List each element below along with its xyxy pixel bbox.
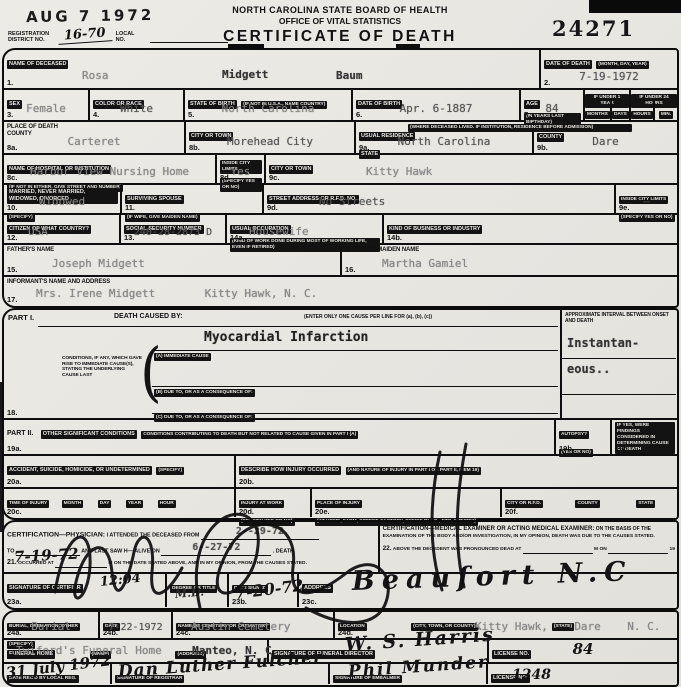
section-personal: NAME OF DECEASED 1. Rosa Midgett Baum DA…	[2, 48, 679, 308]
month-label: MONTH	[62, 500, 84, 508]
field-name-of-deceased: NAME OF DECEASED 1. Rosa Midgett Baum	[4, 50, 541, 88]
field-age: AGE (IN YEARS LAST BIRTHDAY) 7. 84	[521, 90, 585, 120]
field-place-of-injury: PLACE OF INJURY (AT HOME, FARM, STREET, …	[312, 489, 502, 517]
part1-note: (ENTER ONLY ONE CAUSE PER LINE FOR (a), …	[304, 314, 432, 320]
field-other-significant-conditions: PART II. OTHER SIGNIFICANT CONDITIONS CO…	[4, 420, 556, 454]
field-residence-city: CITY OR TOWN 9c. Kitty Hawk	[266, 155, 677, 183]
field-embalmer-license: LICENSE NO. 1248	[488, 664, 677, 684]
ssn-value: 240-28-2873 D	[134, 227, 212, 238]
field-number: 20c.	[7, 507, 22, 516]
field-cemetery: NAME OF CEMETERY OR CREMATORY 24c. Austi…	[173, 612, 335, 638]
degree-handwriting: M.D.	[174, 585, 204, 600]
name-middle: Midgett	[222, 68, 268, 81]
field-sex: SEX 3. Female	[4, 90, 90, 120]
interval-value-line2: eous..	[567, 362, 610, 376]
certificate-number: 24271	[552, 16, 635, 41]
received-date-stamp: AUG 7 1972	[26, 6, 155, 26]
cert-physician-line2: AND LAST SAW H— ALIVE ON	[81, 548, 160, 554]
field-injury-at-work: INJURY AT WORK (SPECIFY YES OR NO) 20d.	[236, 489, 312, 517]
row-injury: TIME OF INJURY MONTH DAY YEAR HOUR 20c. …	[4, 489, 677, 517]
field-informant: INFORMANT'S NAME AND ADDRESS 17. Mrs. Ir…	[4, 277, 677, 305]
field-time-of-injury: TIME OF INJURY MONTH DAY YEAR HOUR 20c.	[4, 489, 236, 517]
marital-status-value: Widowed	[39, 195, 85, 208]
cert-physician-line3b: M ON THE DATE STATED ABOVE, AND IN MY OP…	[108, 561, 307, 566]
accident-label: ACCIDENT, SUICIDE, HOMICIDE, OR UNDETERM…	[7, 466, 152, 475]
informant-name-value: Mrs. Irene Midgett	[36, 287, 155, 300]
cert-me-line1: ON THE BASIS OF THE	[596, 526, 651, 532]
field-number: 20a.	[7, 477, 22, 486]
field-number: 19b.	[559, 444, 574, 453]
cert-physician-title: CERTIFICATION—PHYSICIAN:	[7, 531, 105, 538]
registration-district-value: 16-70	[58, 25, 113, 45]
field-number-22: 22.	[383, 545, 392, 552]
cert-me-line3c: 19	[670, 547, 675, 552]
describe-injury-sublabel: (AND NATURE OF INJURY IN PART I OR PART …	[346, 467, 481, 475]
field-surviving-spouse: SURVIVING SPOUSE (IF WIFE, GIVE MAIDEN N…	[122, 185, 264, 213]
inside-city-limits-value: Yes	[231, 165, 251, 178]
row-vitals: SEX 3. Female COLOR OR RACE 4. White STA…	[4, 90, 677, 122]
field-autopsy-findings: IF YES, WERE FINDINGS CONSIDERED IN DETE…	[612, 420, 677, 454]
conditions-brace: (	[140, 335, 162, 410]
row-place-1: PLACE OF DEATH COUNTY 8a. Carteret CITY …	[4, 122, 677, 155]
field-marital-status: MARRIED, NEVER MARRIED, WIDOWED, DIVORCE…	[4, 185, 122, 213]
interval-rule-b	[562, 394, 676, 395]
row-name: NAME OF DECEASED 1. Rosa Midgett Baum DA…	[4, 50, 677, 90]
accident-sublabel: (SPECIFY)	[156, 467, 184, 475]
field-number: 19a.	[7, 444, 22, 453]
cert-me-title: CERTIFICATION—MEDICAL EXAMINER OR ACTING…	[383, 526, 595, 532]
field-describe-injury: DESCRIBE HOW INJURY OCCURRED (AND NATURE…	[236, 456, 677, 487]
months-label: MONTHS	[585, 111, 610, 119]
interval-label: APPROXIMATE INTERVAL BETWEEN ONSET AND D…	[565, 313, 673, 325]
cert-me-line3a: ABOVE THE DECEDENT WAS PRONOUNCED DEAD A…	[393, 547, 522, 552]
burial-value: Burial	[31, 620, 71, 633]
part2-label: PART II.	[7, 430, 33, 437]
location-county-value: Dare	[574, 620, 601, 633]
field-director-license: LICENSE NO. 84	[489, 640, 677, 662]
describe-injury-label: DESCRIBE HOW INJURY OCCURRED	[239, 466, 341, 475]
name-label: NAME OF DECEASED	[7, 60, 68, 69]
field-citizen: CITIZEN OF WHAT COUNTRY? 12. USA	[4, 215, 121, 243]
cemetery-value: Austin Cemetery	[191, 620, 290, 633]
autopsy-label: AUTOPSY?	[559, 431, 589, 439]
cause-a-rule	[152, 350, 558, 351]
field-inside-city-limits-residence: INSIDE CITY LIMITS (SPECIFY YES OR NO) 9…	[616, 185, 677, 213]
conditions-note: CONDITIONS, IF ANY, WHICH GAVE RISE TO I…	[62, 356, 142, 379]
field-inside-city-limits-death: INSIDE CITY LIMITS (SPECIFY YES OR NO) 8…	[217, 155, 266, 183]
field-place-of-death-county: PLACE OF DEATH COUNTY 8a. Carteret	[4, 122, 186, 153]
row-part1: PART I. DEATH CAUSED BY: (ENTER ONLY ONE…	[4, 310, 677, 420]
interval-value-line1: Instantan-	[567, 336, 639, 350]
location-state-value: N. C.	[627, 620, 660, 633]
row-accident: ACCIDENT, SUICIDE, HOMICIDE, OR UNDETERM…	[4, 456, 677, 489]
cause-b-label: (b) DUE TO, OR AS A CONSEQUENCE OF:	[154, 389, 255, 397]
immediate-cause-value: Myocardial Infarction	[204, 330, 368, 345]
field-industry: KIND OF BUSINESS OR INDUSTRY 14b.	[384, 215, 677, 243]
field-number: 14b.	[387, 233, 402, 242]
death-certificate-scan: AUG 7 1972 REGISTRATION DISTRICT NO. 16-…	[0, 0, 681, 687]
scan-edge-black-bar	[589, 0, 681, 13]
part1-title: DEATH CAUSED BY:	[114, 313, 183, 320]
interval-column-divider	[560, 308, 562, 418]
name-first: Rosa	[82, 69, 109, 82]
residence-state-value: North Carolina	[398, 135, 491, 148]
name-last: Baum	[336, 69, 363, 82]
attended-date-handwriting: 7-19-72	[14, 545, 79, 566]
field-state-of-birth: STATE OF BIRTH (IF NOT IN U.S.A., NAME C…	[185, 90, 353, 120]
citizen-value: USA	[28, 225, 48, 238]
city-value: Morehead City	[227, 135, 313, 148]
field-under-1-year: IF UNDER 1 YEAR MONTHS DAYS	[585, 90, 631, 120]
address-label: ADDRESS	[302, 584, 333, 593]
min-label: MIN.	[659, 111, 673, 119]
hospital-value: Harbor View Nursing Home	[30, 165, 189, 178]
field-date-of-death: DATE OF DEATH (MONTH, DAY, YEAR) 2. 7-19…	[541, 50, 677, 88]
board-name: NORTH CAROLINA STATE BOARD OF HEALTH	[215, 5, 465, 15]
office-name: OFFICE OF VITAL STATISTICS	[215, 16, 465, 26]
injury-county-label: COUNTY	[575, 500, 599, 508]
field-signature-of-certifier: SIGNATURE OF CERTIFIER 23a.	[4, 574, 167, 607]
days-label: DAYS	[612, 111, 629, 119]
cert-physician-death: . DEATH	[273, 548, 294, 554]
section-burial: BURIAL, CREMATION, OTHER (SPECIFY) 24a. …	[2, 610, 679, 687]
signature-of-certifier-label: SIGNATURE OF CERTIFIER	[7, 584, 83, 593]
field-number: 20d.	[239, 507, 254, 516]
field-number: 20f.	[505, 507, 518, 516]
part1-cell: PART I. DEATH CAUSED BY: (ENTER ONLY ONE…	[4, 310, 677, 418]
field-date-of-birth: DATE OF BIRTH 6. Apr. 6-1887	[353, 90, 521, 120]
field-number: 23a.	[7, 597, 22, 606]
field-hospital: NAME OF HOSPITAL OR INSTITUTION (IF NOT …	[4, 155, 217, 183]
field-number: 20b.	[239, 477, 254, 486]
field-injury-location: CITY OR R.F.D. COUNTY STATE 20f.	[502, 489, 677, 517]
cause-b-rule	[152, 386, 558, 387]
cert-me-line2: EXAMINATION OF THE BODY AND/OR INVESTIGA…	[383, 534, 675, 541]
field-father-name: FATHER'S NAME 15. Joseph Midgett	[4, 245, 342, 275]
other-conditions-label: OTHER SIGNIFICANT CONDITIONS	[41, 430, 137, 439]
cert-physician-line1: I ATTENDED THE DECEASED FROM	[107, 532, 200, 538]
hours-label: HOURS	[631, 111, 652, 119]
director-license-value: 84	[573, 640, 594, 658]
local-no-label: LOCAL NO.	[116, 31, 146, 43]
field-under-24-hours: IF UNDER 24 HOURS HOURS MIN.	[631, 90, 677, 120]
field-number: 23c.	[302, 597, 317, 606]
field-autopsy: AUTOPSY? (YES OR NO) 19b.	[556, 420, 612, 454]
day-label: DAY	[98, 500, 112, 508]
county-value: Carteret	[68, 135, 121, 148]
inside-city-limits-residence-value: —	[643, 195, 650, 208]
father-name-value: Joseph Midgett	[52, 257, 145, 270]
date-of-death-value: 7-19-1972	[579, 70, 639, 83]
field-burial-date: DATE 24b. 7-22-1972	[100, 612, 173, 638]
father-name-label: FATHER'S NAME	[7, 247, 338, 254]
field-number: 11.	[125, 203, 135, 212]
row-informant: INFORMANT'S NAME AND ADDRESS 17. Mrs. Ir…	[4, 277, 677, 305]
occupation-value: Housewife	[249, 225, 309, 238]
field-accident-type: ACCIDENT, SUICIDE, HOMICIDE, OR UNDETERM…	[4, 456, 236, 487]
attended-from-value: 2--29-72	[236, 526, 284, 537]
sex-value: Female	[26, 102, 66, 115]
part1-header-rule	[38, 326, 558, 327]
mother-name-label: MOTHER'S MAIDEN NAME	[345, 247, 675, 254]
row-marital: MARRIED, NEVER MARRIED, WIDOWED, DIVORCE…	[4, 185, 677, 215]
field-ssn: SOCIAL SECURITY NUMBER 13. 240-28-2873 D	[121, 215, 227, 243]
field-race: COLOR OR RACE 4. White	[90, 90, 185, 120]
date-of-birth-value: Apr. 6-1887	[400, 102, 473, 115]
field-number: 1.	[7, 78, 13, 87]
field-number: 20e.	[315, 507, 330, 516]
row-part2: PART II. OTHER SIGNIFICANT CONDITIONS CO…	[4, 420, 677, 456]
usual-residence-sublabel: (WHERE DECEASED LIVED. IF INSTITUTION, R…	[408, 124, 632, 132]
age-value: 84	[545, 102, 558, 115]
cert-me-line3b: M ON	[594, 547, 607, 552]
cause-a-label: (a) IMMEDIATE CAUSE	[154, 353, 211, 361]
residence-county-value: Dare	[592, 135, 619, 148]
section-medical: PART I. DEATH CAUSED BY: (ENTER ONLY ONE…	[2, 308, 679, 520]
field-number: 18.	[7, 408, 17, 417]
row-parents: FATHER'S NAME 15. Joseph Midgett MOTHER'…	[4, 245, 677, 277]
injury-state-label: STATE	[636, 500, 655, 508]
row-place-2: NAME OF HOSPITAL OR INSTITUTION (IF NOT …	[4, 155, 677, 185]
row-burial: BURIAL, CREMATION, OTHER (SPECIFY) 24a. …	[4, 612, 677, 640]
year-label: YEAR	[126, 500, 143, 508]
field-place-of-death-city: CITY OR TOWN 8b. Morehead City	[186, 122, 356, 153]
field-number: 19c.	[615, 444, 630, 453]
field-occupation: USUAL OCCUPATION (KIND OF WORK DONE DURI…	[227, 215, 384, 243]
form-header: NORTH CAROLINA STATE BOARD OF HEALTH OFF…	[215, 5, 465, 46]
race-value: White	[120, 102, 153, 115]
registration-line: REGISTRATION DISTRICT NO. 16-70 LOCAL NO…	[8, 27, 228, 43]
informant-address-value: Kitty Hawk, N. C.	[205, 287, 318, 300]
part1-label: PART I.	[8, 313, 34, 322]
registration-district-label: REGISTRATION DISTRICT NO.	[8, 31, 54, 43]
hour-label: HOUR	[158, 500, 176, 508]
field-residence-state: USUAL RESIDENCE (WHERE DECEASED LIVED. I…	[356, 122, 534, 153]
field-burial-type: BURIAL, CREMATION, OTHER (SPECIFY) 24a. …	[4, 612, 100, 638]
interval-rule-a	[562, 358, 676, 359]
place-of-death-group-label: PLACE OF DEATH	[7, 124, 182, 131]
residence-city-value: Kitty Hawk	[366, 165, 432, 178]
row-citizen: CITIZEN OF WHAT COUNTRY? 12. USA SOCIAL …	[4, 215, 677, 245]
field-street-address: STREET ADDRESS OR R.F.D. No. 9d. No Stre…	[264, 185, 616, 213]
state-of-birth-value: North Carolina	[222, 102, 315, 115]
burial-date-value: 7-22-1972	[108, 622, 162, 633]
street-address-value: No Streets	[319, 195, 385, 208]
other-conditions-sublabel: CONDITIONS CONTRIBUTING TO DEATH BUT NOT…	[141, 431, 358, 439]
field-mother-name: MOTHER'S MAIDEN NAME 16. Martha Gamiel	[342, 245, 677, 275]
mother-name-value: Martha Gamiel	[382, 257, 468, 270]
last-saw-alive-value: 6--27-72	[192, 542, 240, 553]
embalmer-license-value: 1248	[512, 667, 551, 683]
